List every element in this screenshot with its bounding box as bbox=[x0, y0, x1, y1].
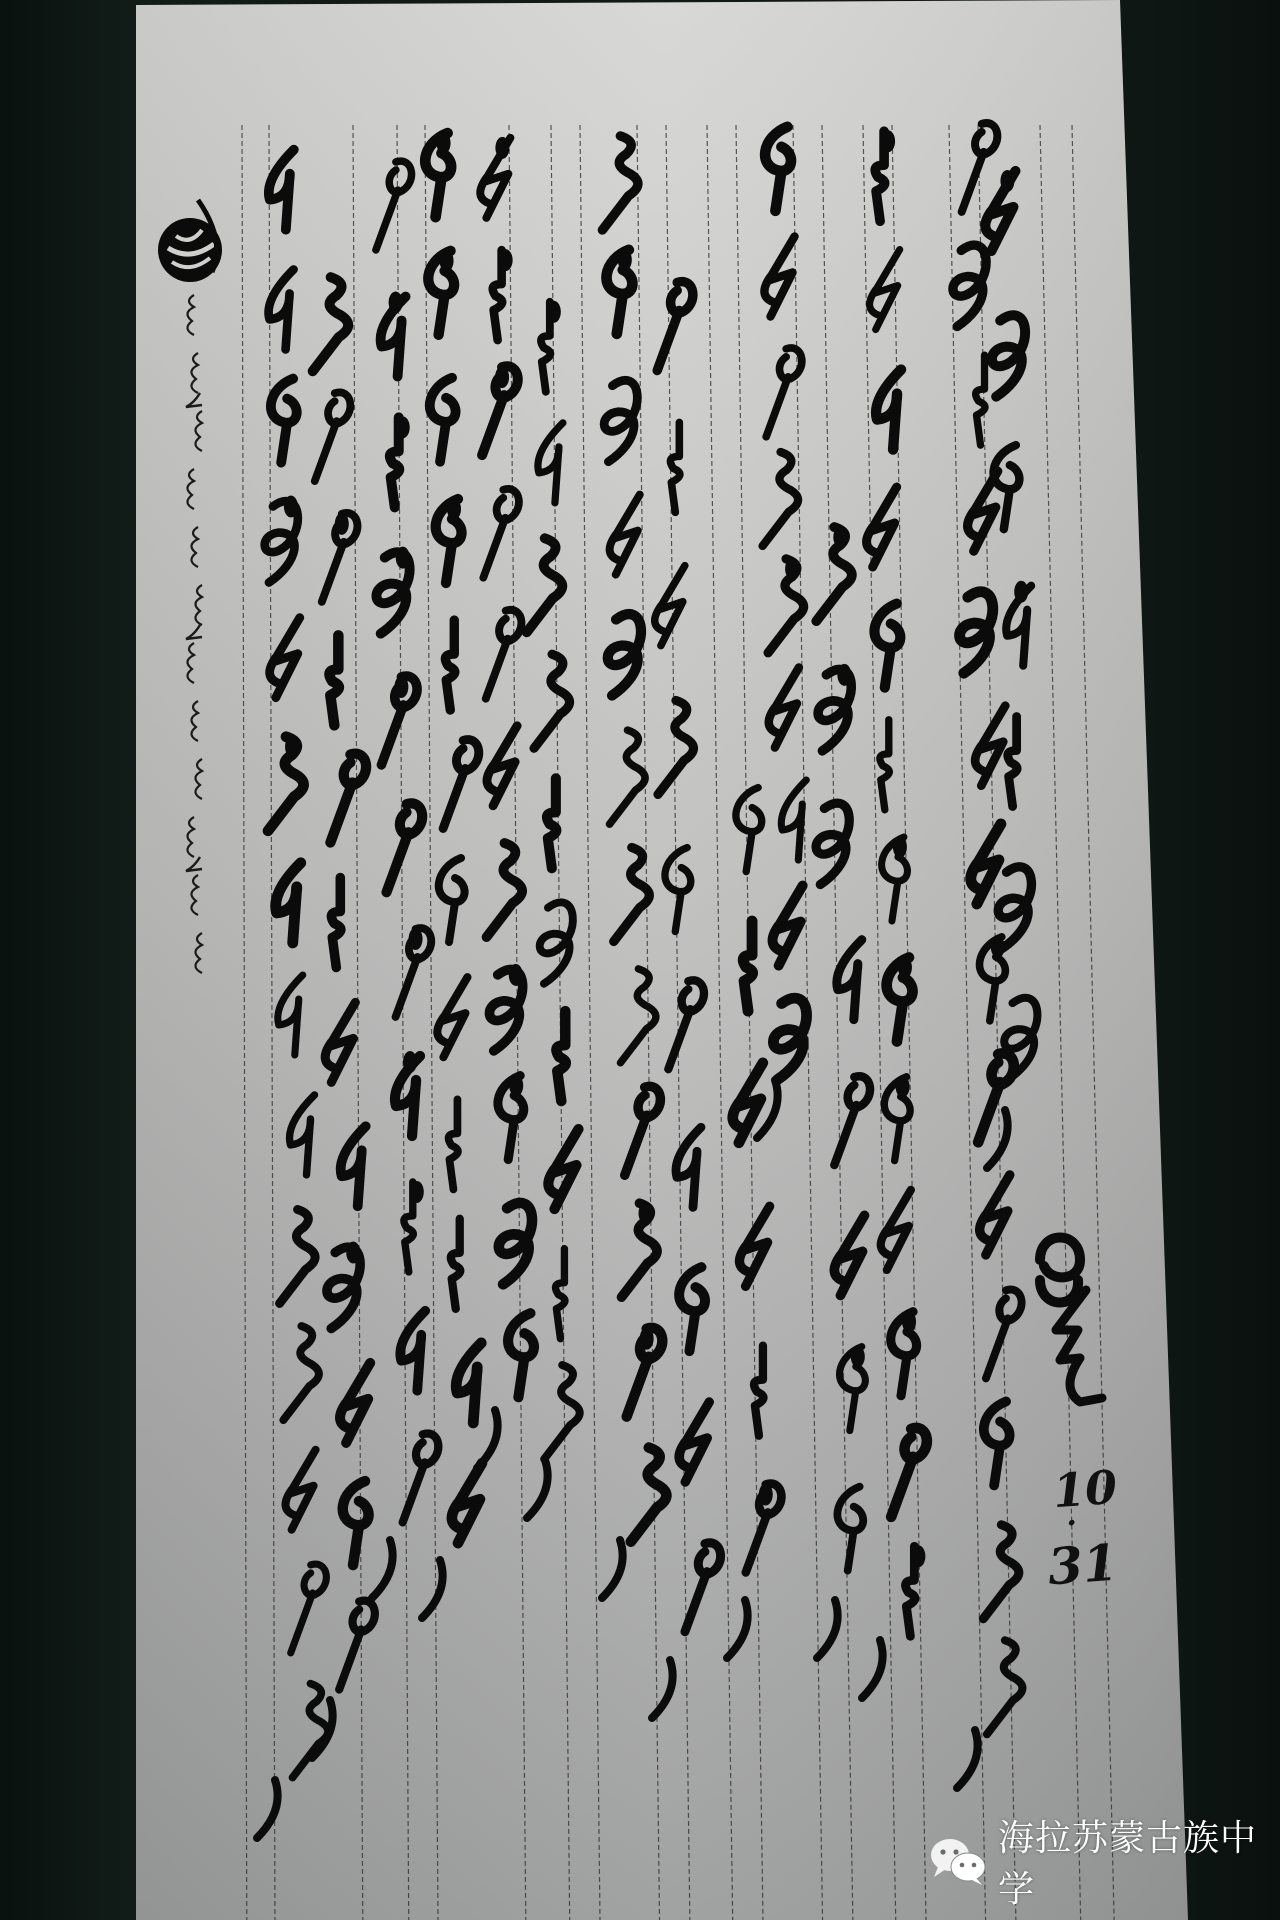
watermark: 海拉苏蒙古族中学 bbox=[930, 1835, 1280, 1887]
watermark-text: 海拉苏蒙古族中学 bbox=[998, 1810, 1280, 1912]
paper-shading bbox=[136, 0, 1188, 1920]
date-month: 10 bbox=[1051, 1460, 1119, 1518]
wechat-icon bbox=[930, 1837, 988, 1885]
date-day: 31 bbox=[1046, 1533, 1120, 1597]
calligraphy-photo bbox=[0, 0, 1280, 1920]
